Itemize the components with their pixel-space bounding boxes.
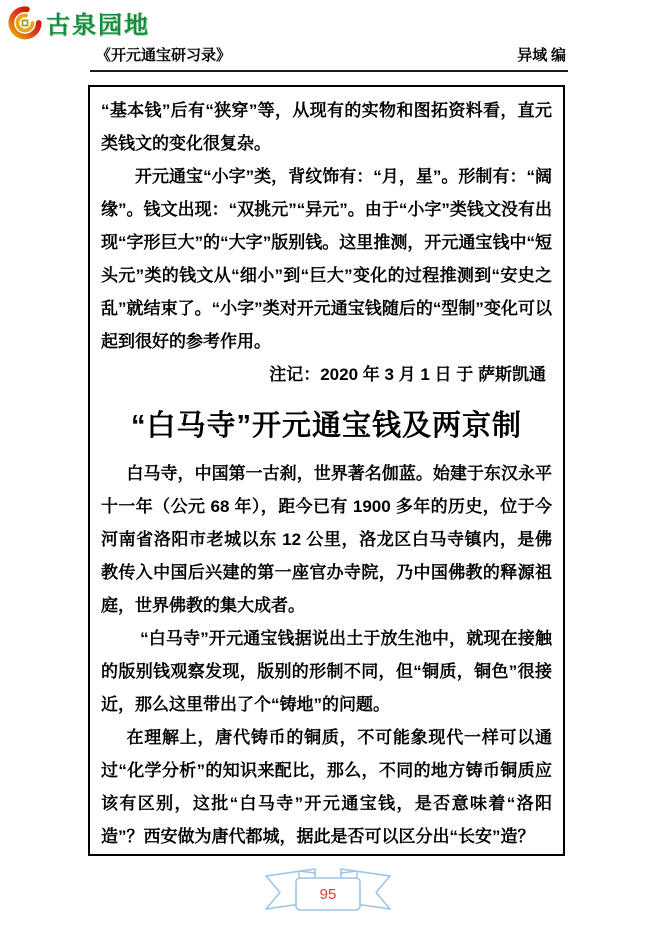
paragraph-casting-place: 在理解上，唐代铸币的铜质，不可能象现代一样可以通过“化学分析”的知识来配比，那么…: [101, 721, 552, 853]
ribbon-banner-icon: 95: [263, 866, 393, 918]
paragraph-xiaozi: 开元通宝“小字”类，背纹饰有：“月，星”。形制有：“阔缘”。钱文出现：“双挑元”…: [101, 160, 552, 358]
book-title: 《开元通宝研习录》: [96, 44, 231, 65]
site-logo-text: 古泉园地: [46, 5, 150, 40]
editor-name: 异域 编: [517, 44, 566, 65]
date-note: 注记：2020 年 3 月 1 日 于 萨斯凯通: [101, 358, 552, 391]
running-head: 《开元通宝研习录》 异域 编: [90, 44, 568, 72]
paragraph-baimasi-intro: 白马寺，中国第一古刹，世界著名伽蓝。始建于东汉永平十一年（公元 68 年），距今…: [101, 457, 552, 622]
site-logo: 古泉园地: [8, 5, 150, 40]
article-frame: “基本钱”后有“狭穿”等，从现有的实物和图拓资料看，直元类钱文的变化很复杂。 开…: [88, 85, 565, 856]
page-number: 95: [320, 886, 337, 903]
coin-swirl-icon: [8, 6, 42, 40]
page-number-ribbon: 95: [263, 866, 393, 918]
paragraph-continuation: “基本钱”后有“狭穿”等，从现有的实物和图拓资料看，直元类钱文的变化很复杂。: [101, 94, 552, 160]
paragraph-baimasi-coins: “白马寺”开元通宝钱据说出土于放生池中，就现在接触的版别钱观察发现，版别的形制不…: [101, 622, 552, 721]
section-title: “白马寺”开元通宝钱及两京制: [101, 406, 552, 446]
document-page: { "logo": { "text": "古泉园地", "icon": "coi…: [0, 0, 656, 928]
